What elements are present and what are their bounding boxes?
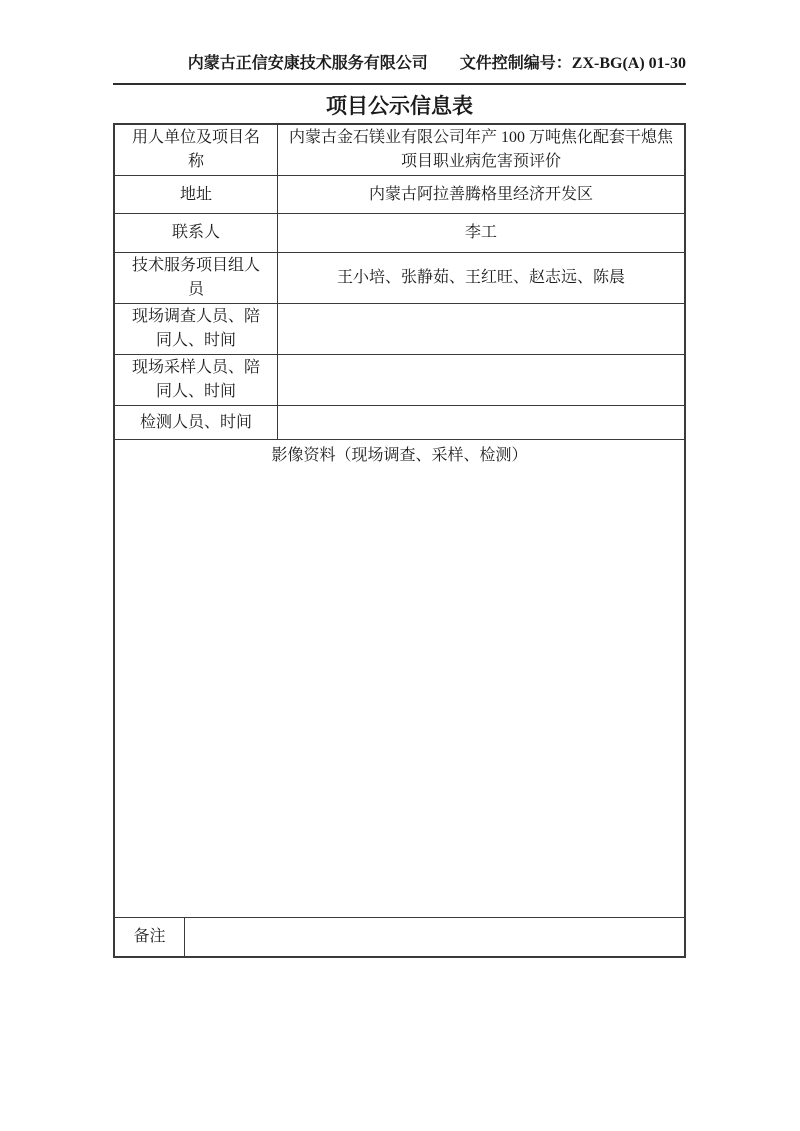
table-row-remarks: 备注 — [115, 918, 684, 956]
table-row-service-team: 技术服务项目组人员 王小培、张静茹、王红旺、赵志远、陈晨 — [115, 253, 684, 304]
project-info-table: 用人单位及项目名称 内蒙古金石镁业有限公司年产 100 万吨焦化配套干熄焦项目职… — [113, 123, 686, 958]
row-value: 王小培、张静茹、王红旺、赵志远、陈晨 — [278, 253, 684, 303]
table-row-address: 地址 内蒙古阿拉善腾格里经济开发区 — [115, 176, 684, 214]
page-header: 内蒙古正信安康技术服务有限公司 文件控制编号：ZX-BG(A) 01-30 — [113, 53, 686, 85]
row-label: 技术服务项目组人员 — [115, 253, 278, 303]
row-value: 内蒙古阿拉善腾格里经济开发区 — [278, 176, 684, 213]
header-company-name: 内蒙古正信安康技术服务有限公司 — [188, 53, 428, 74]
table-row-site-sampling: 现场采样人员、陪同人、时间 — [115, 355, 684, 406]
row-value — [278, 406, 684, 439]
table-row-contact-person: 联系人 李工 — [115, 214, 684, 253]
header-doc-control-number: 文件控制编号：ZX-BG(A) 01-30 — [460, 53, 686, 74]
row-value: 李工 — [278, 214, 684, 252]
table-row-media-materials: 影像资料（现场调查、采样、检测） — [115, 440, 684, 918]
row-value — [278, 304, 684, 354]
row-label: 检测人员、时间 — [115, 406, 278, 439]
media-section-title: 影像资料（现场调查、采样、检测） — [115, 440, 684, 917]
row-label: 用人单位及项目名称 — [115, 125, 278, 175]
page-title: 项目公示信息表 — [113, 92, 686, 120]
row-value — [278, 355, 684, 405]
row-label: 现场采样人员、陪同人、时间 — [115, 355, 278, 405]
table-row-employer-project-name: 用人单位及项目名称 内蒙古金石镁业有限公司年产 100 万吨焦化配套干熄焦项目职… — [115, 125, 684, 176]
row-label: 地址 — [115, 176, 278, 213]
row-label: 联系人 — [115, 214, 278, 252]
row-label: 备注 — [115, 918, 185, 956]
row-label: 现场调查人员、陪同人、时间 — [115, 304, 278, 354]
row-value: 内蒙古金石镁业有限公司年产 100 万吨焦化配套干熄焦项目职业病危害预评价 — [278, 125, 684, 175]
row-value — [185, 918, 684, 956]
table-row-testing-personnel: 检测人员、时间 — [115, 406, 684, 440]
table-row-site-survey: 现场调查人员、陪同人、时间 — [115, 304, 684, 355]
document-page: 内蒙古正信安康技术服务有限公司 文件控制编号：ZX-BG(A) 01-30 项目… — [113, 53, 686, 958]
